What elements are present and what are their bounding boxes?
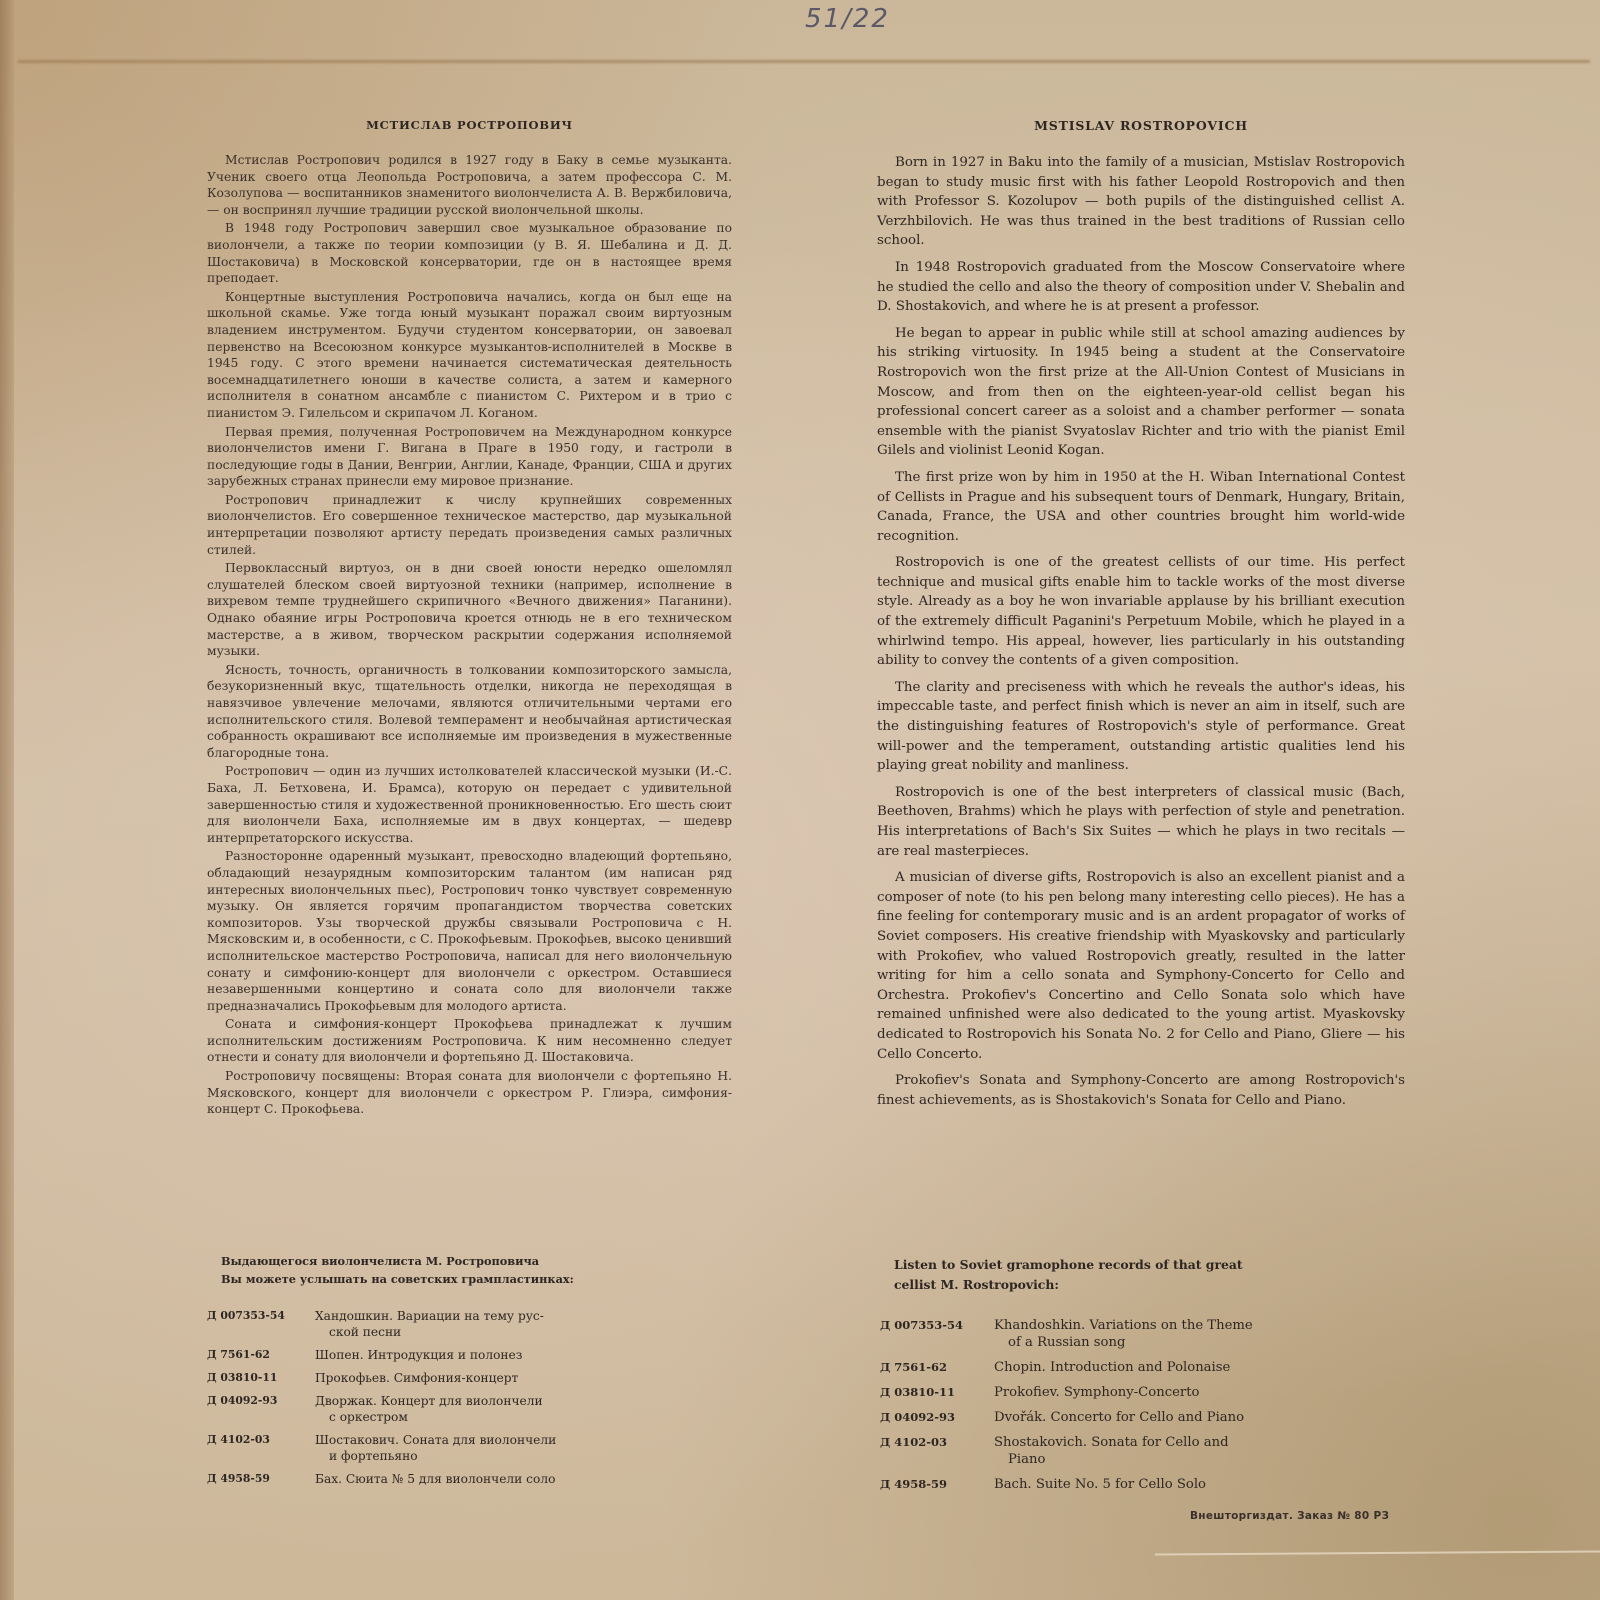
english-paragraph: Born in 1927 in Baku into the family of … [877,153,1405,251]
record-title: Chopin. Introduction and Polonaise [994,1359,1320,1376]
record-entry: Д 04092-93 Дворжак. Концерт для виолонче… [207,1393,647,1425]
russian-paragraph: Концертные выступления Ростроповича нача… [207,289,732,422]
english-paragraph: In 1948 Rostropovich graduated from the … [877,258,1405,317]
record-entry: Д 4102-03 Шостакович. Соната для виолонч… [207,1432,647,1464]
record-entry: Д 4958-59 Bach. Suite No. 5 for Cello So… [880,1476,1320,1493]
sleeve-flap-fold [18,60,1590,63]
handwritten-mark: 51/22 [805,4,890,34]
catalog-number: Д 03810-11 [207,1370,315,1386]
publisher-imprint: Внешторгиздат. Заказ № 80 РЗ [1190,1510,1389,1522]
russian-discography-intro: Выдающегося виолончелиста М. Ростропович… [221,1252,647,1288]
record-title: Shostakovich. Sonata for Cello andPiano [994,1434,1320,1468]
russian-paragraph: Первая премия, полученная Ростроповичем … [207,424,732,490]
intro-line: cellist M. Rostropovich: [894,1275,1320,1295]
record-title: Prokofiev. Symphony-Concerto [994,1384,1320,1401]
catalog-number: Д 7561-62 [880,1359,994,1376]
record-entry: Д 03810-11 Прокофьев. Симфония-концерт [207,1370,647,1386]
english-paragraph: The first prize won by him in 1950 at th… [877,468,1405,546]
russian-paragraph: Мстислав Ростропович родился в 1927 году… [207,152,732,218]
record-title: Dvořák. Concerto for Cello and Piano [994,1409,1320,1426]
catalog-number: Д 4958-59 [880,1476,994,1493]
english-paragraph: Rostropovich is one of the greatest cell… [877,553,1405,671]
english-paragraph: Prokofiev's Sonata and Symphony-Concerto… [877,1071,1405,1110]
russian-paragraph: Соната и симфония-концерт Прокофьева при… [207,1016,732,1066]
intro-line: Listen to Soviet gramophone records of t… [894,1255,1320,1275]
catalog-number: Д 007353-54 [207,1308,315,1340]
russian-paragraph: Первоклассный виртуоз, он в дни своей юн… [207,560,732,660]
record-title: Бах. Сюита № 5 для виолончели соло [315,1471,647,1487]
record-entry: Д 03810-11 Prokofiev. Symphony-Concerto [880,1384,1320,1401]
intro-line: Выдающегося виолончелиста М. Ростропович… [221,1252,647,1270]
russian-paragraph: В 1948 году Ростропович завершил свое му… [207,220,732,286]
catalog-number: Д 007353-54 [880,1317,994,1351]
english-heading: MSTISLAV ROSTROPOVICH [877,118,1405,133]
record-title: Прокофьев. Симфония-концерт [315,1370,647,1386]
russian-biography: МСТИСЛАВ РОСТРОПОВИЧ Мстислав Ростропови… [207,118,732,1120]
catalog-number: Д 04092-93 [207,1393,315,1425]
catalog-number: Д 4102-03 [207,1432,315,1464]
russian-paragraph: Ростропович — один из лучших истолковате… [207,763,732,846]
intro-line: Вы можете услышать на советских грамплас… [221,1270,647,1288]
record-title: Khandoshkin. Variations on the Themeof a… [994,1317,1320,1351]
sleeve-crease [1155,1550,1600,1555]
russian-paragraph: Разносторонне одаренный музыкант, превос… [207,848,732,1014]
record-title: Шостакович. Соната для виолончелии форте… [315,1432,647,1464]
sleeve-left-edge [0,0,14,1600]
english-biography: MSTISLAV ROSTROPOVICH Born in 1927 in Ba… [877,118,1405,1117]
russian-paragraph: Ростроповичу посвящены: Вторая соната дл… [207,1068,732,1118]
catalog-number: Д 7561-62 [207,1347,315,1363]
record-entry: Д 04092-93 Dvořák. Concerto for Cello an… [880,1409,1320,1426]
record-entry: Д 7561-62 Chopin. Introduction and Polon… [880,1359,1320,1376]
russian-paragraph: Ясность, точность, органичность в толков… [207,662,732,762]
record-entry: Д 4958-59 Бах. Сюита № 5 для виолончели … [207,1471,647,1487]
catalog-number: Д 4102-03 [880,1434,994,1468]
record-entry: Д 4102-03 Shostakovich. Sonata for Cello… [880,1434,1320,1468]
record-sleeve-back: 51/22 МСТИСЛАВ РОСТРОПОВИЧ Мстислав Рост… [0,0,1600,1600]
english-paragraph: He began to appear in public while still… [877,324,1405,461]
english-paragraph: A musician of diverse gifts, Rostropovic… [877,868,1405,1064]
record-title: Дворжак. Концерт для виолончелис оркестр… [315,1393,647,1425]
english-paragraph: The clarity and preciseness with which h… [877,678,1405,776]
english-paragraph: Rostropovich is one of the best interpre… [877,783,1405,861]
record-entry: Д 007353-54 Хандошкин. Вариации на тему … [207,1308,647,1340]
russian-heading: МСТИСЛАВ РОСТРОПОВИЧ [207,118,732,132]
record-title: Bach. Suite No. 5 for Cello Solo [994,1476,1320,1493]
catalog-number: Д 03810-11 [880,1384,994,1401]
english-discography: Listen to Soviet gramophone records of t… [880,1255,1320,1501]
catalog-number: Д 4958-59 [207,1471,315,1487]
russian-paragraph: Ростропович принадлежит к числу крупнейш… [207,492,732,558]
record-entry: Д 7561-62 Шопен. Интродукция и полонез [207,1347,647,1363]
record-entry: Д 007353-54 Khandoshkin. Variations on t… [880,1317,1320,1351]
english-discography-intro: Listen to Soviet gramophone records of t… [894,1255,1320,1295]
record-title: Шопен. Интродукция и полонез [315,1347,647,1363]
catalog-number: Д 04092-93 [880,1409,994,1426]
russian-discography: Выдающегося виолончелиста М. Ростропович… [207,1252,647,1494]
record-title: Хандошкин. Вариации на тему рус-ской пес… [315,1308,647,1340]
